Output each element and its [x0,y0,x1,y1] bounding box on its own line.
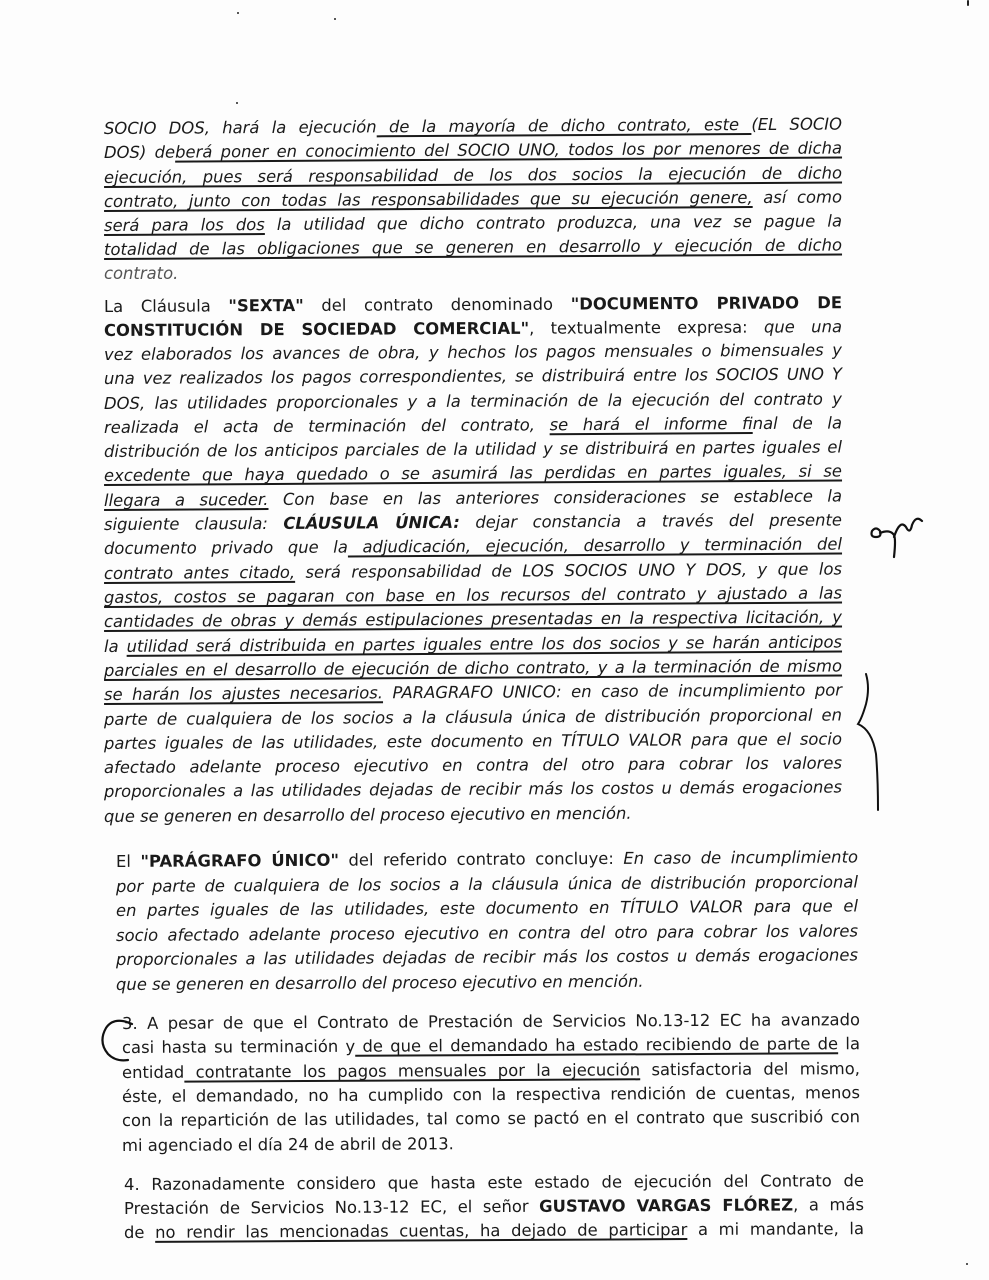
text-line: por parte de cualquiera de los socios a … [116,871,858,898]
underlined-text: no rendir las mencionadas cuentas, ha de… [155,1220,687,1242]
text-line: que se generen en desarrollo del proceso… [104,801,842,828]
scan-speck [334,18,336,20]
text-line: excedente que haya quedado o se asumirá … [104,460,842,487]
text-line: documento privado que la adjudicación, e… [104,533,842,560]
text-line: mi agenciado el día 24 de abril de 2013. [122,1131,860,1157]
text-line: partes iguales de las utilidades, este d… [104,728,842,755]
text-line: proporcionales a las utilidades dejadas … [104,776,842,803]
text-line: SOCIO DOS, hará la ejecución de la mayor… [104,113,842,140]
text-line: contrato, junto con todas las responsabi… [104,186,842,213]
text-line: DOS, las utilidades proporcionales y a l… [104,388,842,415]
underlined-text: de la mayoría de dicho contrato, este [377,115,752,136]
scan-speck [966,1263,968,1265]
handwritten-bracket-icon [852,672,892,812]
text-line: El "PARÁGRAFO ÚNICO" del referido contra… [116,846,858,873]
text-line: contrato. [104,263,842,285]
text-line: CONSTITUCIÓN DE SOCIEDAD COMERCIAL", tex… [104,316,842,342]
handwritten-initials-icon [868,515,938,565]
text-line: la utilidad será distribuida en partes i… [104,631,842,658]
text-line: parte de cualquiera de los socios a la c… [104,704,842,731]
underlined-text: contrato, junto con todas las responsabi… [104,188,753,211]
underlined-text: llegara a suceder. [104,490,269,510]
underlined-text: utilidad será distribuida en partes igua… [127,632,842,655]
underlined-text: adjudicación, ejecución, desarrollo y te… [348,534,842,556]
text-line: éste, el demandado, no ha cumplido con l… [122,1082,860,1108]
underlined-text: será para los dos [104,215,265,235]
text-line: parciales en el desarrollo de ejecución … [104,655,842,682]
text-line: realizada el acta de terminación del con… [104,412,842,439]
text-line: proporcionales a las utilidades dejadas … [116,944,858,971]
text-line: que se generen en desarrollo del proceso… [116,969,858,996]
text-line: cantidades de obras y demás estipulacion… [104,606,842,633]
text-line: totalidad de las obligaciones que se gen… [104,234,842,261]
text-line: 3. A pesar de que el Contrato de Prestac… [122,1009,860,1035]
text-line: de no rendir las mencionadas cuentas, ha… [124,1218,864,1244]
text-line: socio afectado adelante proceso ejecutiv… [116,920,858,947]
text-line: ejecución, pues será responsabilidad de … [104,162,842,189]
scan-speck [967,0,969,6]
text-line: contrato antes citado, será responsabili… [104,558,842,585]
text-line: con la repartición de las utilidades, ta… [122,1106,860,1132]
text-line: se harán los ajustes necesarios. PARAGRA… [104,679,842,706]
scan-speck [237,12,239,14]
text-line: vez elaborados los avances de obra, y he… [104,339,842,366]
underlined-text: contrato antes citado, [104,563,295,583]
text-line: Prestación de Servicios No.13-12 EC, el … [124,1194,864,1220]
underlined-text: de que el demandado ha estado recibiendo… [355,1034,838,1056]
text-line: DOS) deberá poner en conocimiento del SO… [104,137,842,164]
text-line: casi hasta su terminación y de que el de… [122,1033,860,1059]
scan-speck [236,102,238,104]
text-line: gastos, costos se pagaran con base en lo… [104,582,842,609]
circled-number-mark-icon [98,1018,144,1064]
text-line: llegara a suceder. Con base en las anter… [104,485,842,512]
text-line: afectado adelante proceso ejecutivo en c… [104,752,842,779]
underlined-text: se harán los ajustes necesarios. [104,683,383,704]
text-line: será para los dos la utilidad que dicho … [104,210,842,237]
text-line: una vez realizados los pagos correspondi… [104,363,842,390]
text-line: distribución de los anticipos parciales … [104,436,842,463]
scanned-document-page: SOCIO DOS, hará la ejecución de la mayor… [0,0,989,1280]
underlined-text: contratante los pagos mensuales por la e… [184,1060,640,1081]
text-line: siguiente clausula: CLÁUSULA ÚNICA: deja… [104,509,842,536]
text-line: en partes iguales de las utilidades, est… [116,895,858,922]
text-line: entidad contratante los pagos mensuales … [122,1058,860,1084]
text-line: La Cláusula "SEXTA" del contrato denomin… [104,292,842,318]
text-line: 4. Razonadamente considero que hasta est… [124,1170,864,1196]
underlined-text: se hará el informe fi [550,414,753,434]
underlined-text: berá poner en conocimiento del SOCIO UNO… [175,138,842,161]
